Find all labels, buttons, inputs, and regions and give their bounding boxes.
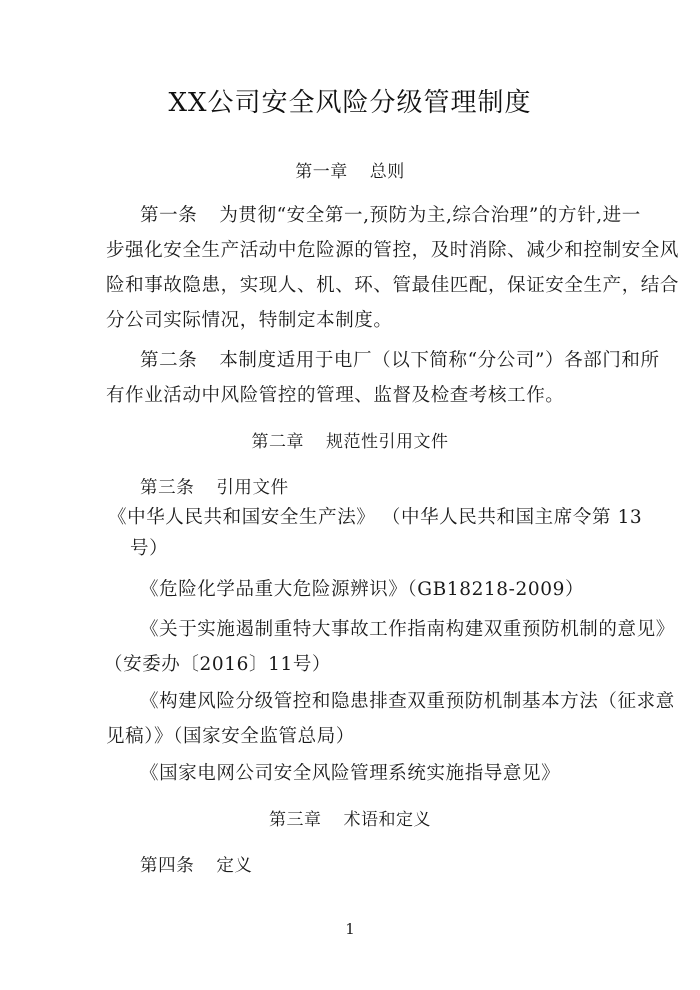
article-1-line-2: 步强化安全生产活动中危险源的管控，及时消除、减少和控制安全风 (106, 239, 679, 263)
reference-3-line-1: 《关于实施遏制重特大事故工作指南构建双重预防机制的意见》 (140, 618, 675, 642)
chapter-name: 术语和定义 (344, 810, 432, 830)
article-text: 为贯彻“安全第一,预防为主,综合治理”的方针,进一 (219, 205, 641, 226)
article-label: 第四条 (140, 856, 194, 876)
chapter-name: 规范性引用文件 (326, 432, 449, 452)
chapter-number: 第二章 (252, 432, 305, 452)
document-title: XX公司安全风险分级管理制度 (0, 86, 700, 120)
reference-4-line-1: 《构建风险分级管控和隐患排查双重预防机制基本方法（征求意 (140, 690, 675, 714)
reference-3-line-2: （安委办〔2016〕11号） (104, 653, 331, 677)
article-2-line-1: 第二条本制度适用于电厂（以下简称“分公司”）各部门和所 (140, 349, 660, 373)
document-page: XX公司安全风险分级管理制度 第一章总则 第一条为贯彻“安全第一,预防为主,综合… (0, 0, 700, 990)
article-heading: 引用文件 (216, 478, 288, 498)
article-label: 第二条 (140, 350, 197, 371)
chapter-number: 第一章 (295, 162, 348, 182)
chapter-heading-1: 第一章总则 (0, 160, 700, 184)
article-1-line-3: 险和事故隐患，实现人、机、环、管最佳匹配，保证安全生产，结合 (106, 274, 679, 298)
reference-1-line-1: 《中华人民共和国安全生产法》 （中华人民共和国主席令第 13 (108, 506, 642, 530)
article-1-line-1: 第一条为贯彻“安全第一,预防为主,综合治理”的方针,进一 (140, 204, 641, 228)
article-1-line-4: 分公司实际情况，特制定本制度。 (106, 309, 393, 333)
article-2-line-2: 有作业活动中风险管控的管理、监督及检查考核工作。 (106, 384, 564, 408)
article-text: 本制度适用于电厂（以下简称“分公司”）各部门和所 (219, 350, 659, 371)
chapter-number: 第三章 (269, 810, 322, 830)
chapter-heading-2: 第二章规范性引用文件 (0, 430, 700, 454)
article-label: 第一条 (140, 205, 197, 226)
article-label: 第三条 (140, 478, 194, 498)
page-number: 1 (0, 919, 700, 939)
article-4-heading: 第四条定义 (140, 854, 253, 878)
article-3-heading: 第三条引用文件 (140, 476, 289, 500)
reference-5: 《国家电网公司安全风险管理系统实施指导意见》 (140, 762, 560, 786)
chapter-name: 总则 (370, 162, 405, 182)
reference-1-line-2: 号） (130, 537, 168, 561)
reference-4-line-2: 见稿）》（国家安全监管总局） (106, 725, 355, 749)
chapter-heading-3: 第三章术语和定义 (0, 808, 700, 832)
article-heading: 定义 (216, 856, 252, 876)
reference-2: 《危险化学品重大危险源辨识》（GB18218-2009） (140, 578, 584, 602)
